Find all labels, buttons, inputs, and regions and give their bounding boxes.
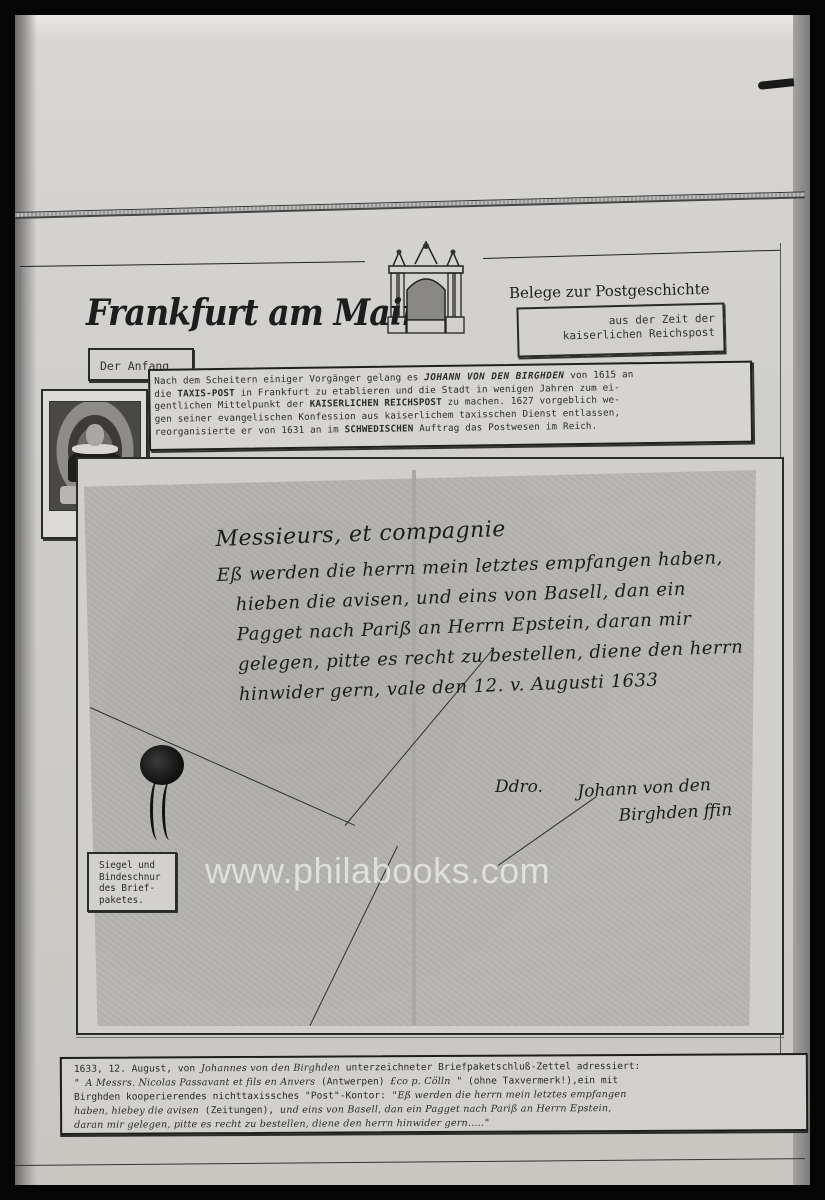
letter-closing: Ddro. xyxy=(495,777,543,797)
signature: Johann von den Birghden ffin xyxy=(577,771,733,831)
wax-seal xyxy=(140,745,184,785)
handwritten-letter: Messieurs, et compagnie Eß werden die he… xyxy=(215,506,761,711)
seal-cord xyxy=(162,782,177,840)
footnote-box: 1633, 12. August, von Johannes von den B… xyxy=(60,1053,808,1135)
intro-text-box: Nach dem Scheitern einiger Vorgänger gel… xyxy=(148,361,753,451)
page-top-shade xyxy=(15,15,810,43)
footnote-line: daran mir gelegen, pitte es recht zu bes… xyxy=(74,1115,806,1133)
page-title: Frankfurt am Main xyxy=(86,292,425,334)
sheet-border-left xyxy=(20,268,21,1038)
city-gate-icon xyxy=(385,238,467,336)
watermark: www.philabooks.com xyxy=(205,850,550,892)
sheet-bottom-line xyxy=(76,1037,784,1038)
era-label-box: aus der Zeit der kaiserlichen Reichspost xyxy=(516,302,725,357)
seal-caption-box: Siegel und Bindeschnur des Brief- pakete… xyxy=(87,852,177,912)
